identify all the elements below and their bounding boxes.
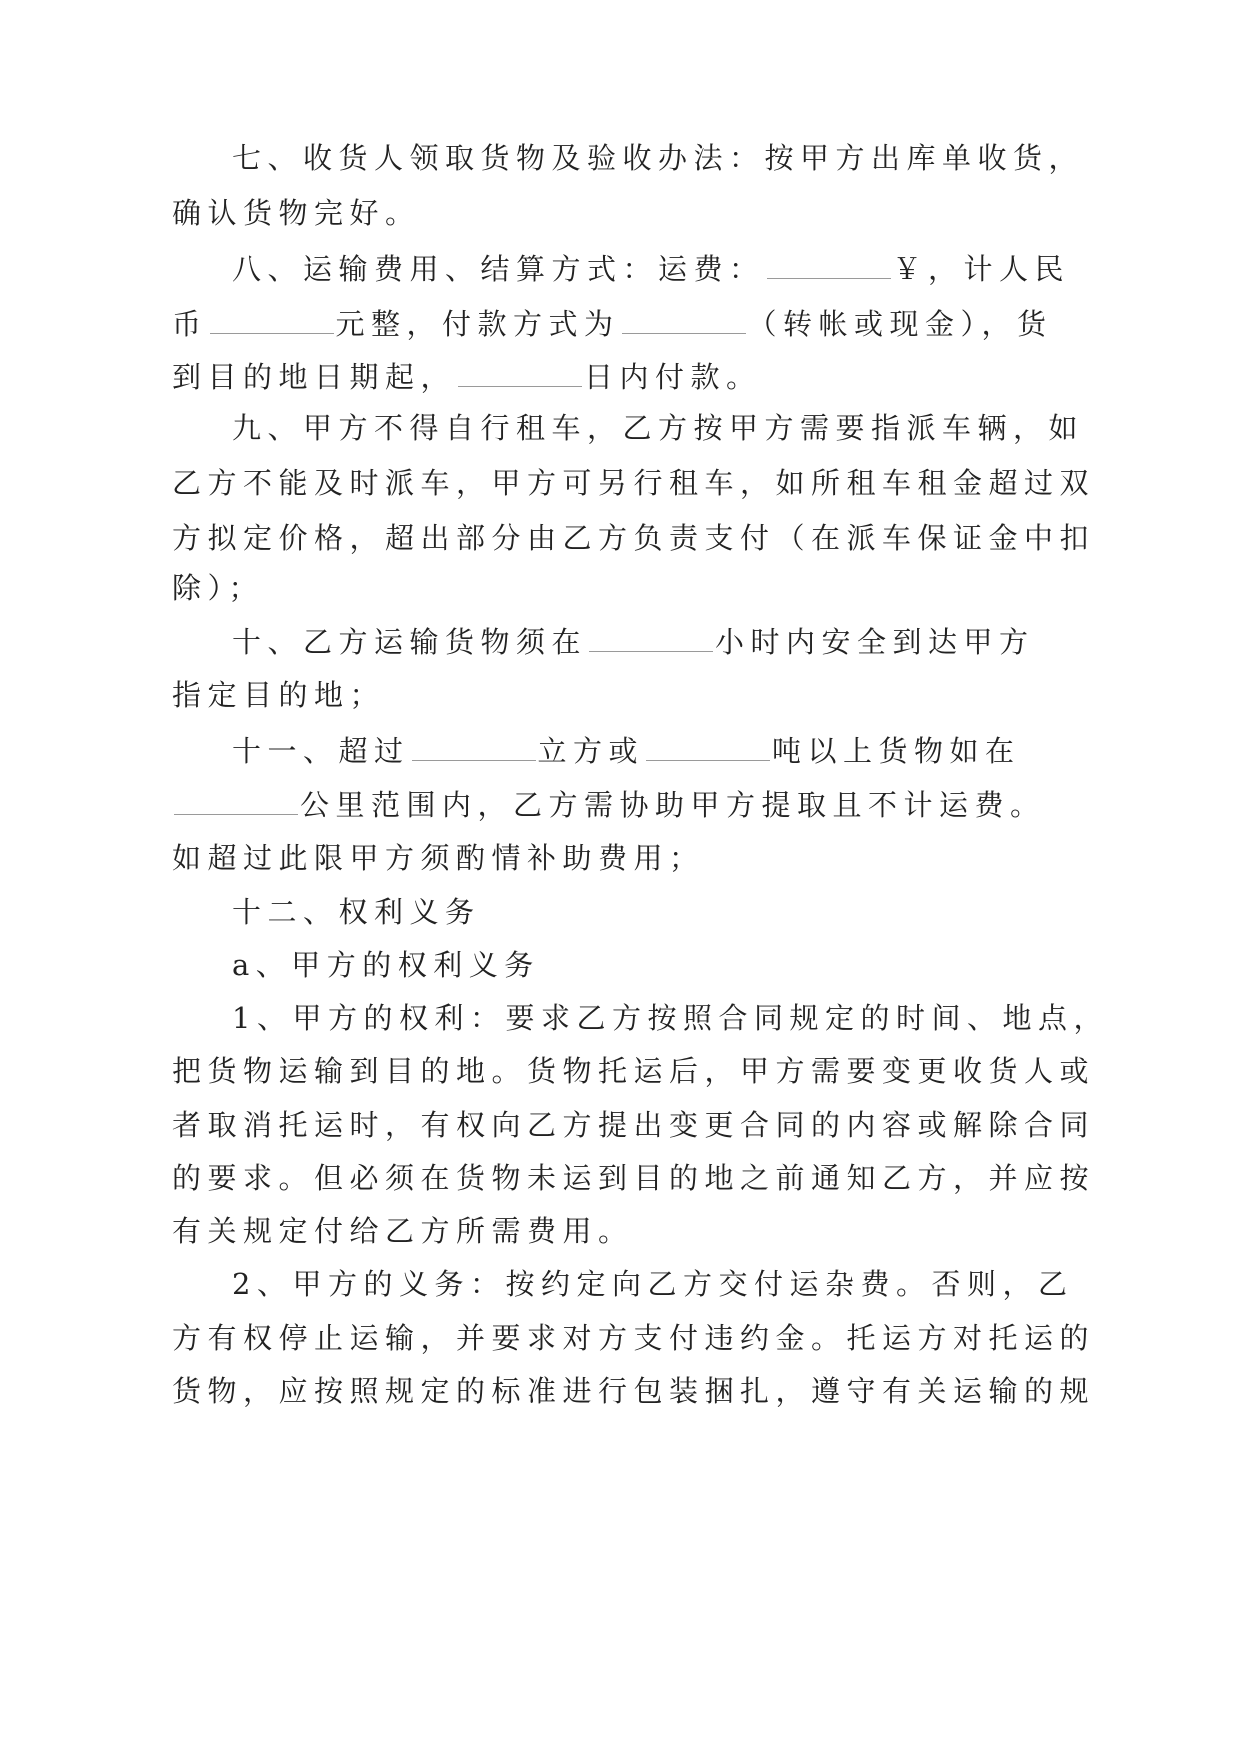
paragraph-line: 指定目的地； — [172, 675, 385, 715]
text-segment: ￥，计人民 — [893, 252, 1071, 286]
paragraph-line: 者取消托运时，有权向乙方提出变更合同的内容或解除合同 — [172, 1105, 1095, 1145]
paragraph-line: 如超过此限甲方须酌情补助费用； — [172, 838, 705, 878]
text-segment: 方有权停止运输，并要求对方支付违约金。托运方对托运的 — [172, 1321, 1095, 1355]
paragraph-line: 的要求。但必须在货物未运到目的地之前通知乙方，并应按 — [172, 1158, 1095, 1198]
text-segment: 八、运输费用、结算方式：运费： — [232, 252, 765, 286]
fill-in-blank[interactable] — [174, 784, 298, 815]
text-segment: 2、甲方的义务：按约定向乙方交付运杂费。否则，乙 — [232, 1267, 1073, 1301]
paragraph-line: 确认货物完好。 — [172, 193, 421, 233]
fill-in-blank[interactable] — [646, 730, 770, 761]
text-segment: 的要求。但必须在货物未运到目的地之前通知乙方，并应按 — [172, 1161, 1095, 1195]
paragraph-line: 除）； — [172, 568, 264, 608]
paragraph-line: a、甲方的权利义务 — [232, 945, 540, 985]
text-segment: 除）； — [172, 571, 264, 605]
paragraph-line: 十、乙方运输货物须在小时内安全到达甲方 — [232, 621, 1035, 662]
text-segment: 把货物运输到目的地。货物托运后，甲方需要变更收货人或 — [172, 1054, 1095, 1088]
text-segment: 吨以上货物如在 — [772, 734, 1021, 768]
text-segment: 有关规定付给乙方所需费用。 — [172, 1214, 634, 1248]
paragraph-line: 到目的地日期起，日内付款。 — [172, 356, 762, 397]
paragraph-line: 七、收货人领取货物及验收办法：按甲方出库单收货， — [232, 138, 1084, 178]
text-segment: 到目的地日期起， — [172, 360, 456, 394]
text-segment: 币 — [172, 307, 208, 341]
paragraph-line: 货物，应按照规定的标准进行包装捆扎，遵守有关运输的规 — [172, 1371, 1095, 1411]
paragraph-line: 九、甲方不得自行租车，乙方按甲方需要指派车辆，如 — [232, 408, 1084, 448]
text-segment: 者取消托运时，有权向乙方提出变更合同的内容或解除合同 — [172, 1108, 1095, 1142]
paragraph-line: 乙方不能及时派车，甲方可另行租车，如所租车租金超过双 — [172, 463, 1095, 503]
text-segment: 货物，应按照规定的标准进行包装捆扎，遵守有关运输的规 — [172, 1374, 1095, 1408]
paragraph-line: 币元整，付款方式为（转帐或现金），货 — [172, 303, 1053, 344]
fill-in-blank[interactable] — [767, 248, 891, 279]
text-segment: 1、甲方的权利：要求乙方按照合同规定的时间、地点， — [232, 1001, 1109, 1035]
text-segment: （转帐或现金），货 — [748, 307, 1053, 341]
text-segment: 十一、超过 — [232, 734, 410, 768]
fill-in-blank[interactable] — [210, 303, 334, 334]
text-segment: 元整，付款方式为 — [336, 307, 620, 341]
fill-in-blank[interactable] — [589, 621, 713, 652]
text-segment: 小时内安全到达甲方 — [715, 625, 1035, 659]
paragraph-line: 有关规定付给乙方所需费用。 — [172, 1211, 634, 1251]
text-segment: 方拟定价格，超出部分由乙方负责支付（在派车保证金中扣 — [172, 521, 1095, 555]
text-segment: 九、甲方不得自行租车，乙方按甲方需要指派车辆，如 — [232, 411, 1084, 445]
text-segment: 指定目的地； — [172, 678, 385, 712]
text-segment: 十、乙方运输货物须在 — [232, 625, 587, 659]
paragraph-line: 1、甲方的权利：要求乙方按照合同规定的时间、地点， — [232, 998, 1109, 1038]
paragraph-line: 方拟定价格，超出部分由乙方负责支付（在派车保证金中扣 — [172, 518, 1095, 558]
text-segment: 十二、权利义务 — [232, 895, 481, 929]
text-segment: 立方或 — [538, 734, 645, 768]
text-segment: 七、收货人领取货物及验收办法：按甲方出库单收货， — [232, 141, 1084, 175]
fill-in-blank[interactable] — [458, 356, 582, 387]
text-segment: 如超过此限甲方须酌情补助费用； — [172, 841, 705, 875]
paragraph-line: 公里范围内，乙方需协助甲方提取且不计运费。 — [172, 784, 1046, 825]
paragraph-line: 2、甲方的义务：按约定向乙方交付运杂费。否则，乙 — [232, 1264, 1073, 1304]
paragraph-line: 十二、权利义务 — [232, 892, 481, 932]
text-segment: 公里范围内，乙方需协助甲方提取且不计运费。 — [300, 788, 1046, 822]
fill-in-blank[interactable] — [622, 303, 746, 334]
text-segment: a、甲方的权利义务 — [232, 948, 540, 982]
paragraph-line: 八、运输费用、结算方式：运费：￥，计人民 — [232, 248, 1070, 289]
text-segment: 确认货物完好。 — [172, 196, 421, 230]
paragraph-line: 十一、超过立方或吨以上货物如在 — [232, 730, 1021, 771]
text-segment: 乙方不能及时派车，甲方可另行租车，如所租车租金超过双 — [172, 466, 1095, 500]
fill-in-blank[interactable] — [412, 730, 536, 761]
text-segment: 日内付款。 — [584, 360, 762, 394]
paragraph-line: 把货物运输到目的地。货物托运后，甲方需要变更收货人或 — [172, 1051, 1095, 1091]
paragraph-line: 方有权停止运输，并要求对方支付违约金。托运方对托运的 — [172, 1318, 1095, 1358]
